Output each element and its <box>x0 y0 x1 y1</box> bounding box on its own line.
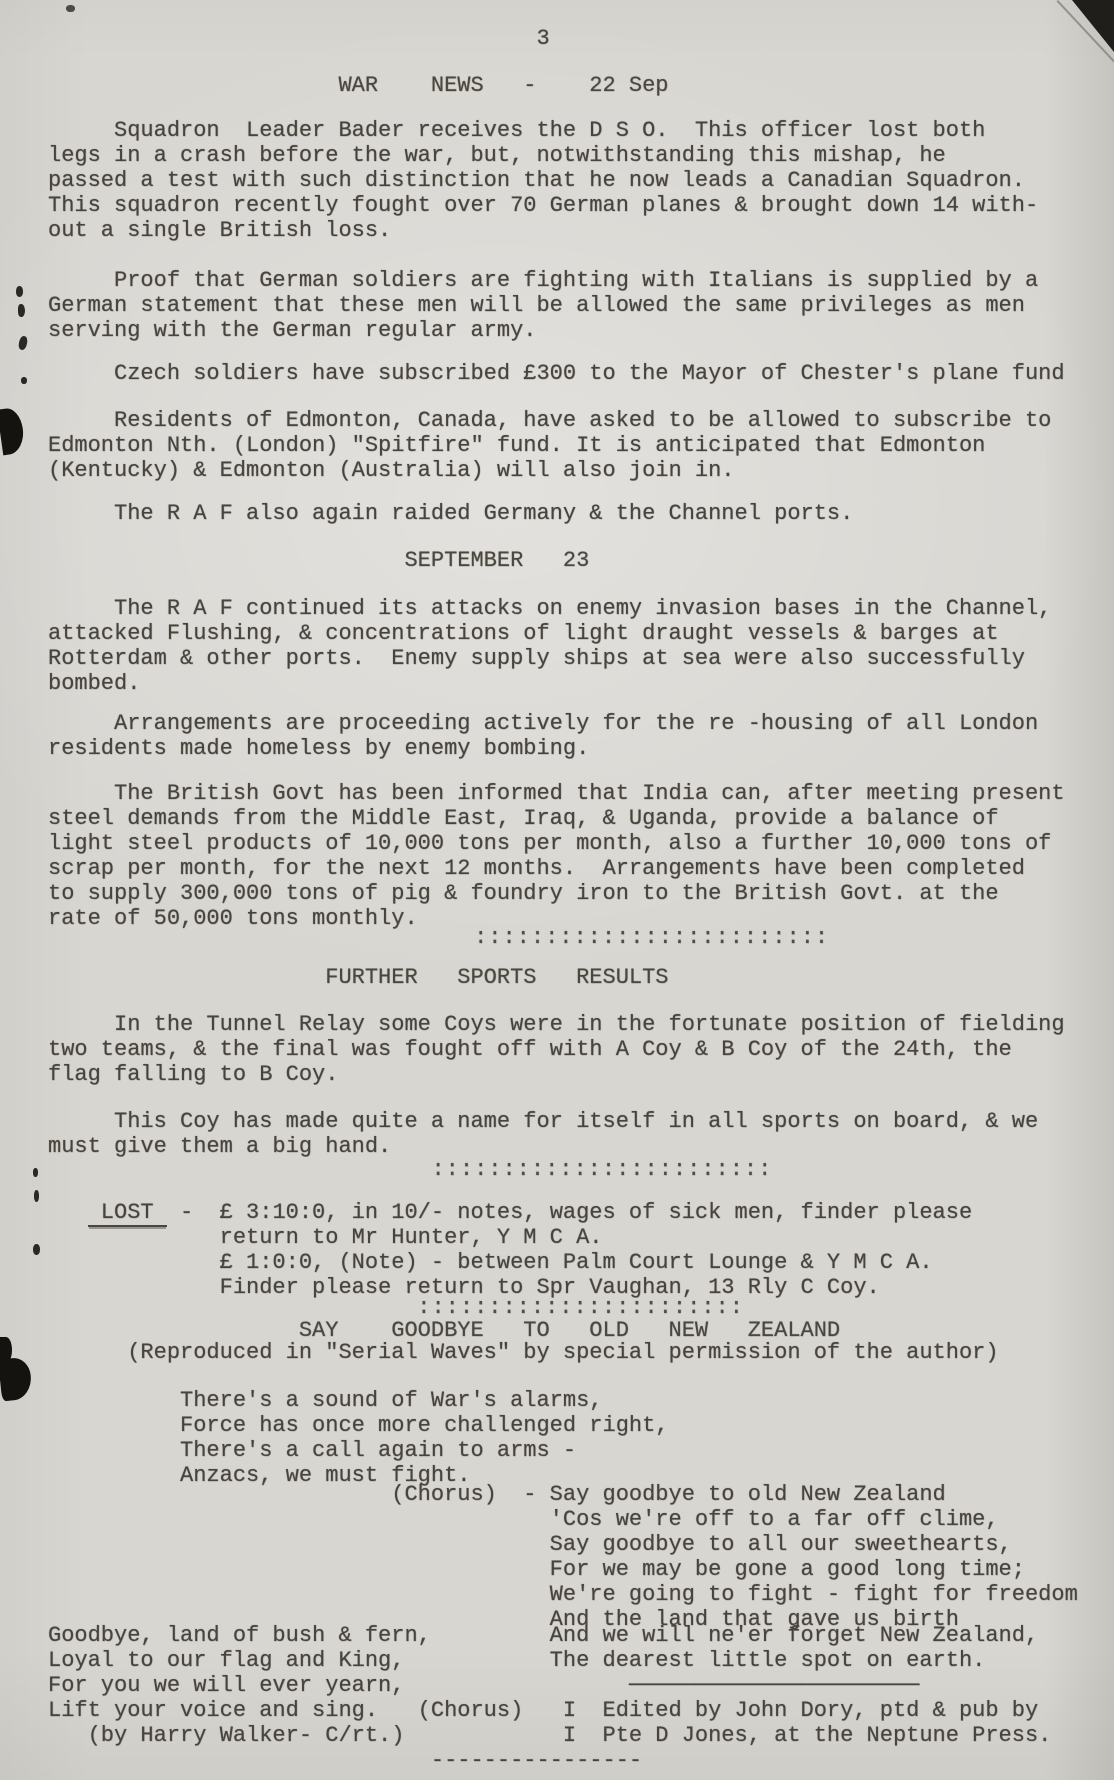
text-line: Squadron Leader Bader receives the D S O… <box>48 118 1114 143</box>
text-line: residents made homeless by enemy bombing… <box>48 736 1114 761</box>
text-line: Czech soldiers have subscribed £300 to t… <box>48 361 1114 386</box>
paragraph: The British Govt has been informed that … <box>48 781 1114 931</box>
ink-speck <box>16 286 23 297</box>
paragraph: The R A F also again raided Germany & th… <box>48 501 1114 526</box>
newsletter-page: 3 WAR NEWS - 22 Sep Squadron Leader Bade… <box>0 0 1114 1780</box>
text-line: flag falling to B Coy. <box>48 1062 1114 1087</box>
text-line: Arrangements are proceeding actively for… <box>48 711 1114 736</box>
document-lines: 3 WAR NEWS - 22 Sep Squadron Leader Bade… <box>0 0 1114 1768</box>
text-line: LOST - £ 3:10:0, in 10/- notes, wages of… <box>48 1200 1114 1225</box>
text-line: :::::::::::::::::::::::: <box>48 1157 1114 1182</box>
text-line: light steel products of 10,000 tons per … <box>48 831 1114 856</box>
text-line: (Kentucky) & Edmonton (Australia) will a… <box>48 458 1114 483</box>
text-line: Force has once more challenged right, <box>48 1413 1114 1438</box>
text-line: For you we will ever yearn, ────────────… <box>48 1673 1114 1698</box>
text-line: legs in a crash before the war, but, not… <box>48 143 1114 168</box>
ink-speck <box>33 1244 40 1255</box>
paragraph: Arrangements are proceeding actively for… <box>48 711 1114 761</box>
text-line: Goodbye, land of bush & fern, And we wil… <box>48 1623 1114 1648</box>
text-line: For we may be gone a good long time; <box>48 1557 1114 1582</box>
text-line: The R A F continued its attacks on enemy… <box>48 596 1114 621</box>
ink-speck <box>21 377 27 384</box>
paragraph: Residents of Edmonton, Canada, have aske… <box>48 408 1114 483</box>
text-line: Proof that German soldiers are fighting … <box>48 268 1114 293</box>
text-line: 'Cos we're off to a far off clime, <box>48 1507 1114 1532</box>
ink-speck <box>33 1168 38 1177</box>
text-line: two teams, & the final was fought off wi… <box>48 1037 1114 1062</box>
text-line: Lift your voice and sing. (Chorus) I Edi… <box>48 1698 1114 1723</box>
text-line: bombed. <box>48 671 1114 696</box>
text-line: passed a test with such distinction that… <box>48 168 1114 193</box>
lost-notice: LOST - £ 3:10:0, in 10/- notes, wages of… <box>48 1200 1114 1300</box>
text-line: (Chorus) - Say goodbye to old New Zealan… <box>48 1482 1114 1507</box>
text-line: There's a sound of War's alarms, <box>48 1388 1114 1413</box>
text-line: ::::::::::::::::::::::: <box>48 1295 1114 1320</box>
text-line: There's a call again to arms - <box>48 1438 1114 1463</box>
text-line: Edmonton Nth. (London) "Spitfire" fund. … <box>48 433 1114 458</box>
text-line: out a single British loss. <box>48 218 1114 243</box>
text-line: The British Govt has been informed that … <box>48 781 1114 806</box>
text-line: return to Mr Hunter, Y M C A. <box>48 1225 1114 1250</box>
text-line: FURTHER SPORTS RESULTS <box>48 965 1114 990</box>
text-line: ::::::::::::::::::::::::: <box>48 925 1114 950</box>
paragraph: The R A F continued its attacks on enemy… <box>48 596 1114 696</box>
text-line: to supply 300,000 tons of pig & foundry … <box>48 881 1114 906</box>
text-line: Rotterdam & other ports. Enemy supply sh… <box>48 646 1114 671</box>
text-line: This Coy has made quite a name for itsel… <box>48 1109 1114 1134</box>
separator: ::::::::::::::::::::::: <box>48 1295 1114 1320</box>
paragraph: Czech soldiers have subscribed £300 to t… <box>48 361 1114 386</box>
text-line: ---------------- <box>48 1748 1114 1773</box>
text-line: German statement that these men will be … <box>48 293 1114 318</box>
song-verse: There's a sound of War's alarms, Force h… <box>48 1388 1114 1488</box>
text-line: £ 1:0:0, (Note) - between Palm Court Lou… <box>48 1250 1114 1275</box>
text-line: scrap per month, for the next 12 months.… <box>48 856 1114 881</box>
paragraph: Proof that German soldiers are fighting … <box>48 268 1114 343</box>
song-footer: Goodbye, land of bush & fern, And we wil… <box>48 1623 1114 1773</box>
text-line: serving with the German regular army. <box>48 318 1114 343</box>
text-line: Residents of Edmonton, Canada, have aske… <box>48 408 1114 433</box>
war-news-title: WAR NEWS - 22 Sep <box>48 73 1114 98</box>
text-line: This squadron recently fought over 70 Ge… <box>48 193 1114 218</box>
text-line: The R A F also again raided Germany & th… <box>48 501 1114 526</box>
ink-speck <box>34 1190 39 1202</box>
text-line: (Reproduced in "Serial Waves" by special… <box>48 1340 1114 1365</box>
ink-speck <box>18 304 25 317</box>
text-line: steel demands from the Middle East, Iraq… <box>48 806 1114 831</box>
paragraph: Squadron Leader Bader receives the D S O… <box>48 118 1114 243</box>
separator: ::::::::::::::::::::::::: <box>48 925 1114 950</box>
song-credit: (Reproduced in "Serial Waves" by special… <box>48 1340 1114 1365</box>
text-line: must give them a big hand. <box>48 1134 1114 1159</box>
text-line: 3 <box>48 26 1114 51</box>
text-segment: - £ 3:10:0, in 10/- notes, wages of sick… <box>167 1200 972 1225</box>
text-line: SEPTEMBER 23 <box>48 548 1114 573</box>
text-line: Say goodbye to all our sweethearts, <box>48 1532 1114 1557</box>
text-segment <box>48 1200 88 1225</box>
song-chorus: (Chorus) - Say goodbye to old New Zealan… <box>48 1482 1114 1632</box>
ink-speck <box>66 5 75 12</box>
section-heading: FURTHER SPORTS RESULTS <box>48 965 1114 990</box>
text-line: WAR NEWS - 22 Sep <box>48 73 1114 98</box>
separator: :::::::::::::::::::::::: <box>48 1157 1114 1182</box>
section-heading: SEPTEMBER 23 <box>48 548 1114 573</box>
text-line: (by Harry Walker- C/rt.) I Pte D Jones, … <box>48 1723 1114 1748</box>
text-line: attacked Flushing, & concentrations of l… <box>48 621 1114 646</box>
text-line: We're going to fight - fight for freedom <box>48 1582 1114 1607</box>
text-line: In the Tunnel Relay some Coys were in th… <box>48 1012 1114 1037</box>
text-line: Loyal to our flag and King, The dearest … <box>48 1648 1114 1673</box>
paragraph: This Coy has made quite a name for itsel… <box>48 1109 1114 1159</box>
page-number: 3 <box>48 26 1114 51</box>
paragraph: In the Tunnel Relay some Coys were in th… <box>48 1012 1114 1087</box>
underlined-word: LOST <box>88 1200 167 1227</box>
